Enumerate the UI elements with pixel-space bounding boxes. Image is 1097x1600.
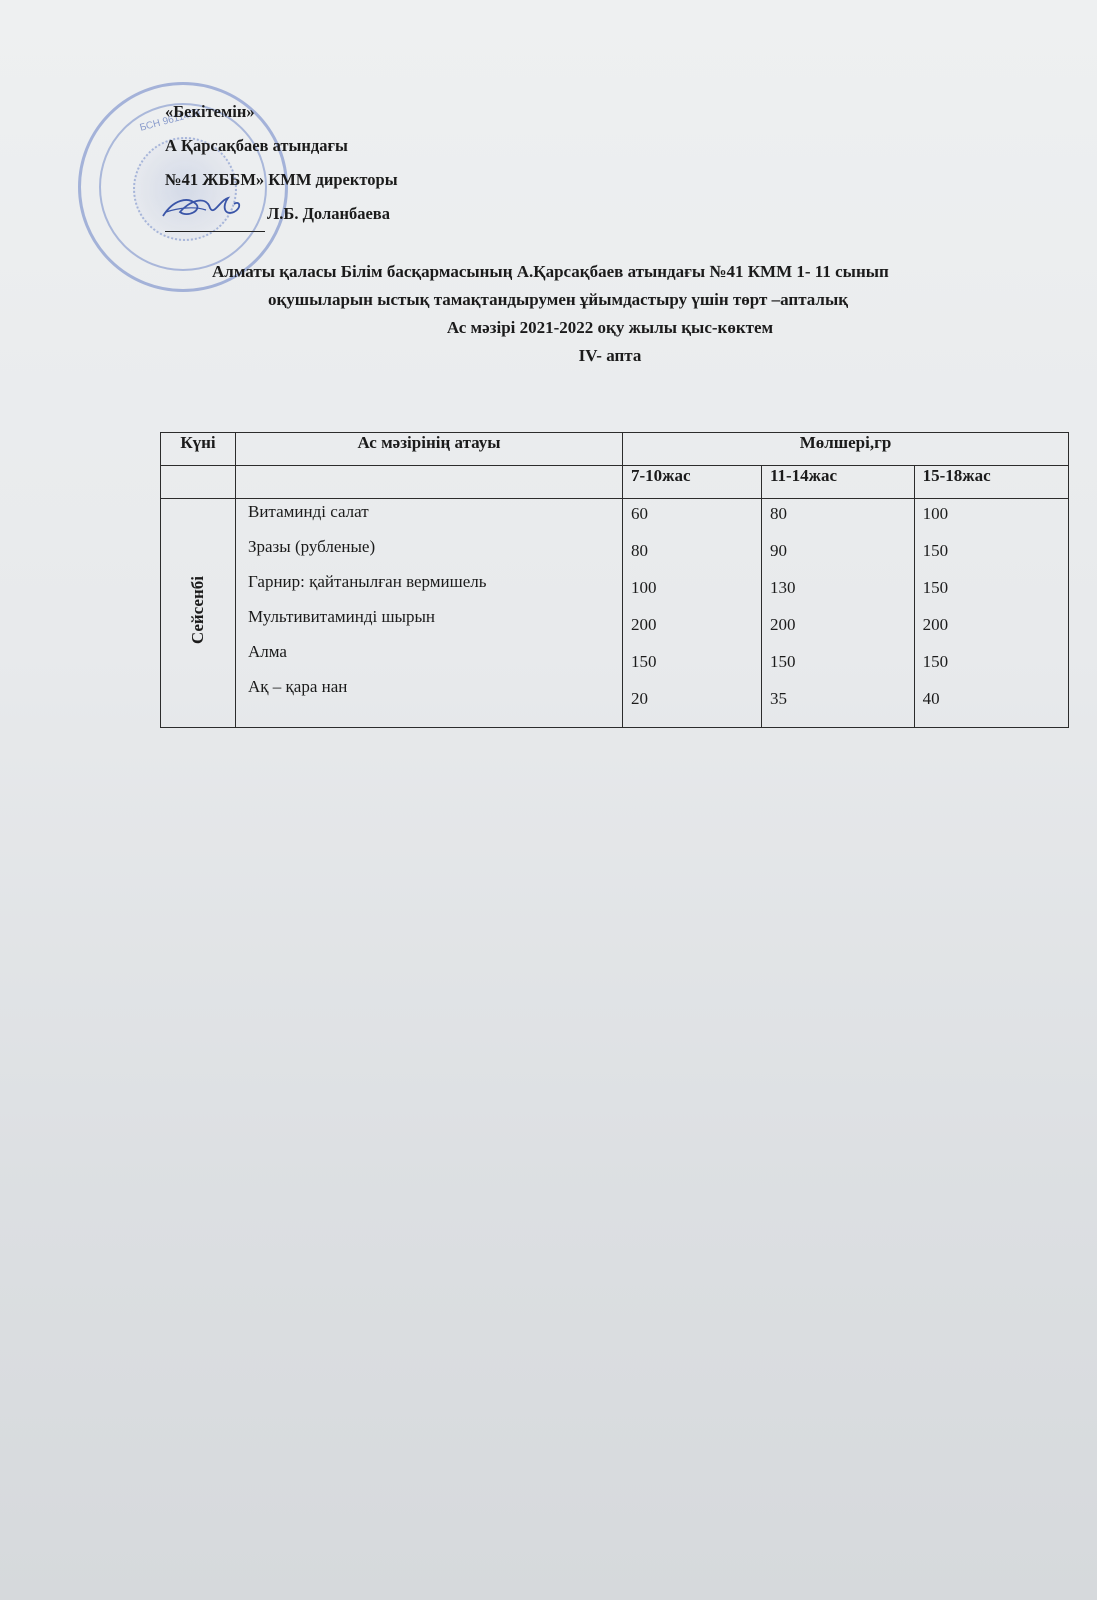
header-age-11-14: 11-14жас (761, 466, 914, 499)
dish-names-cell: Витаминді салатЗразы (рубленые)Гарнир: қ… (236, 499, 623, 728)
amount-7-10: 20 (631, 684, 753, 721)
subheader-empty-day (161, 466, 236, 499)
menu-table: Күні Ас мәзірінің атауы Мөлшері,гр 7-10ж… (160, 432, 1069, 728)
day-cell: Сейсенбі (161, 499, 236, 728)
title-line-3: Ас мәзірі 2021-2022 оқу жылы қыс-көктем (160, 314, 1060, 342)
amount-11-14: 90 (770, 536, 906, 573)
amount-11-14: 130 (770, 573, 906, 610)
header-age-15-18: 15-18жас (914, 466, 1068, 499)
amount-11-14: 200 (770, 610, 906, 647)
amounts-7-10-cell: 608010020015020 (623, 499, 762, 728)
dish-name: Гарнир: қайтанылған вермишель (244, 569, 614, 604)
amount-15-18: 150 (923, 536, 1060, 573)
header-amount: Мөлшері,гр (623, 433, 1069, 466)
dish-name: Мультивитаминді шырын (244, 604, 614, 639)
amount-15-18: 200 (923, 610, 1060, 647)
approval-heading: «Бекітемін» (165, 95, 398, 129)
amount-7-10: 150 (631, 647, 753, 684)
amount-7-10: 200 (631, 610, 753, 647)
dish-name: Ақ – қара нан (244, 674, 614, 709)
amount-7-10: 60 (631, 499, 753, 536)
amount-15-18: 150 (923, 573, 1060, 610)
amount-15-18: 100 (923, 499, 1060, 536)
dish-name: Витаминді салат (244, 499, 614, 534)
table-body-row: Сейсенбі Витаминді салатЗразы (рубленые)… (161, 499, 1069, 728)
amounts-11-14-cell: 809013020015035 (761, 499, 914, 728)
amount-7-10: 100 (631, 573, 753, 610)
dish-name: Зразы (рубленые) (244, 534, 614, 569)
approval-school-name: А Қарсақбаев атындағы (165, 129, 398, 163)
signature-icon (158, 190, 258, 222)
amounts-15-18-cell: 10015015020015040 (914, 499, 1068, 728)
subheader-row: 7-10жас 11-14жас 15-18жас (161, 466, 1069, 499)
amount-11-14: 35 (770, 684, 906, 721)
header-row: Күні Ас мәзірінің атауы Мөлшері,гр (161, 433, 1069, 466)
amount-11-14: 80 (770, 499, 906, 536)
title-week: IV- апта (160, 342, 1060, 370)
header-age-7-10: 7-10жас (623, 466, 762, 499)
director-name: Л.Б. Доланбаева (267, 204, 390, 223)
dish-name: Алма (244, 639, 614, 674)
amount-15-18: 150 (923, 647, 1060, 684)
document-title: Алматы қаласы Білім басқармасының А.Қарс… (160, 258, 1060, 370)
amount-7-10: 80 (631, 536, 753, 573)
title-line-1: Алматы қаласы Білім басқармасының А.Қарс… (160, 258, 1060, 286)
title-line-2: оқушыларын ыстық тамақтандырумен ұйымдас… (160, 286, 1060, 314)
amount-11-14: 150 (770, 647, 906, 684)
subheader-empty-name (236, 466, 623, 499)
amount-15-18: 40 (923, 684, 1060, 721)
day-label: Сейсенбі (188, 576, 208, 644)
header-dish-name: Ас мәзірінің атауы (236, 433, 623, 466)
header-day: Күні (161, 433, 236, 466)
